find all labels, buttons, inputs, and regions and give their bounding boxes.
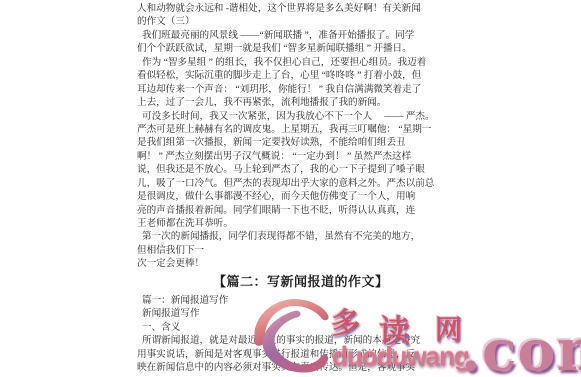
text-line: 次一定会更棒！: [137, 257, 457, 270]
text-line: 的作文（三）: [137, 15, 457, 28]
text-line: 上去，过了一会儿，我不再紧张，流利地播报了我的新闻。: [137, 96, 457, 109]
text-line: 可没多长时间，我又一次紧张，因为我放心不下一个人 —— 严杰。: [137, 110, 457, 123]
text-line: 严杰可是班上赫赫有名的调皮鬼。上星期五，我再三叮嘱他： “星期一: [137, 123, 457, 136]
text-line: 耳边却传来一个声音： “刘玥彤，你能行！ ” 我自信满满微笑着走了: [137, 83, 457, 96]
text-line: 是我们组第一次播报，新闻一定要找好读熟，不能给咱们组丢丑: [137, 136, 457, 149]
document-page: 人和动物就会永远和 -谐相处，这个世界将是多么美好啊！有关新闻 的作文（三） 我…: [0, 0, 581, 377]
text-line: 亮的声音播报着新闻。同学们眼睛一下也不眨，听得认认真真，连: [137, 204, 457, 217]
essay-text: 人和动物就会永远和 -谐相处，这个世界将是多么美好啊！有关新闻 的作文（三） 我…: [137, 2, 457, 374]
text-line: 所谓新闻报道，就是对最近发生的事实的报道，新闻的本质是讲究: [137, 334, 457, 347]
text-line: 第一次的新闻播报，同学们表现得都不错，虽然有不完美的地方，: [137, 230, 457, 243]
text-line: 看似轻松，实际沉重的脚步走上了台，心里 “咚咚咚 ” 打着小鼓，但: [137, 69, 457, 82]
text-line: 新闻报道写作: [137, 307, 457, 320]
text-line: 篇一：新闻报道写作: [137, 294, 457, 307]
text-line: 人和动物就会永远和 -谐相处，这个世界将是多么美好啊！有关新闻: [137, 2, 457, 15]
text-line: 映在新闻信息中的内容必须对事实具有真实传达。但是，客观事实: [137, 361, 457, 374]
text-line: 说，但我还是不放心。马上轮到严杰了，我的心一下子提到了嗓子眼: [137, 163, 457, 176]
text-line: 王老师都在洗耳恭听。: [137, 217, 457, 230]
text-line: 儿，吸了一口冷气。但严杰的表现却出乎大家的意料之外。严杰以前总: [137, 177, 457, 190]
text-line: 但相信我们下一: [137, 244, 457, 257]
text-line: 啊！ ” 严杰立刻摆出男子汉气概说： “一定办到！ ” 虽然严杰这样: [137, 150, 457, 163]
watermark-domain-suffix: .com: [461, 322, 581, 377]
section-heading: 【篇二：写新闻报道的作文】: [137, 273, 457, 291]
text-line: 作为 “智多星组 ” 的组长，我不仅担心自己，还要担心组员。我迈着: [137, 56, 457, 69]
text-line: 我们班最亮丽的风景线 ——“新闻联播 ”，准备开始播报了。同学: [137, 29, 457, 42]
text-line: 用事实说话，新闻是对客观事实进行报道和传播而形成的信息，反: [137, 348, 457, 361]
text-line: 是很调皮，做什么事都漫不经心，而今天他仿佛变了一个人，用响: [137, 190, 457, 203]
text-line: 们个个跃跃欲试，星期一就是我们 “智多星新闻联播组 ” 开播日。: [137, 42, 457, 55]
text-line: 一、含义: [137, 321, 457, 334]
